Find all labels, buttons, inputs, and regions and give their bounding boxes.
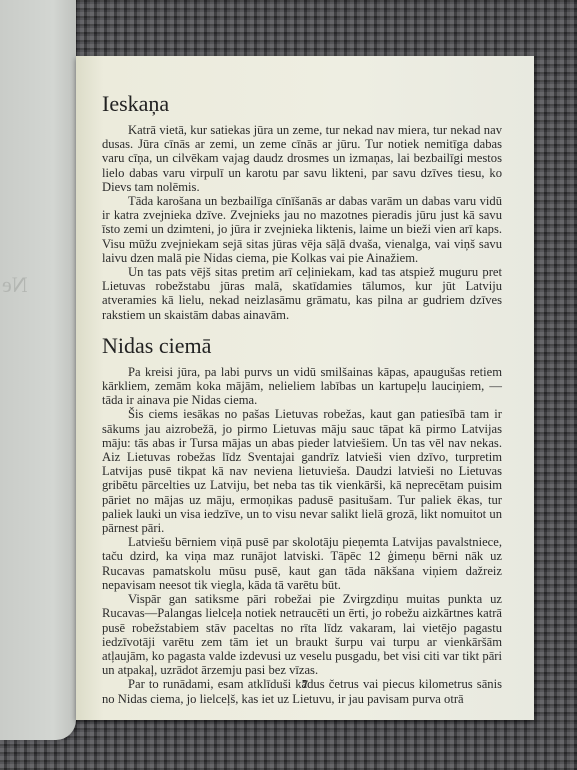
- bleed-through-text: Ne: [2, 272, 28, 298]
- paragraph: Latviešu bērniem viņā pusē par skolotāju…: [102, 535, 502, 592]
- paragraph: Šis ciems iesākas no pašas Lietuvas robe…: [102, 407, 502, 535]
- paragraph: Tāda karošana un bezbailīga cīnīšanās ar…: [102, 194, 502, 265]
- section-ieskana: Ieskaņa Katrā vietā, kur satiekas jūra u…: [102, 92, 502, 322]
- page-number: 7: [76, 677, 534, 692]
- section-heading: Ieskaņa: [102, 92, 502, 116]
- left-facing-page: Ne: [0, 0, 76, 740]
- book-page: Ieskaņa Katrā vietā, kur satiekas jūra u…: [76, 56, 534, 720]
- paragraph: Un tas pats vējš sitas pretim arī ceļini…: [102, 265, 502, 322]
- paragraph: Katrā vietā, kur satiekas jūra un zeme, …: [102, 123, 502, 194]
- section-nidas-ciema: Nidas ciemā Pa kreisi jūra, pa labi purv…: [102, 334, 502, 706]
- paragraph: Vispār gan satiksme pāri robežai pie Zvi…: [102, 592, 502, 677]
- paragraph: Pa kreisi jūra, pa labi purvs un vidū sm…: [102, 365, 502, 408]
- section-heading: Nidas ciemā: [102, 334, 502, 358]
- page-content: Ieskaņa Katrā vietā, kur satiekas jūra u…: [102, 92, 502, 706]
